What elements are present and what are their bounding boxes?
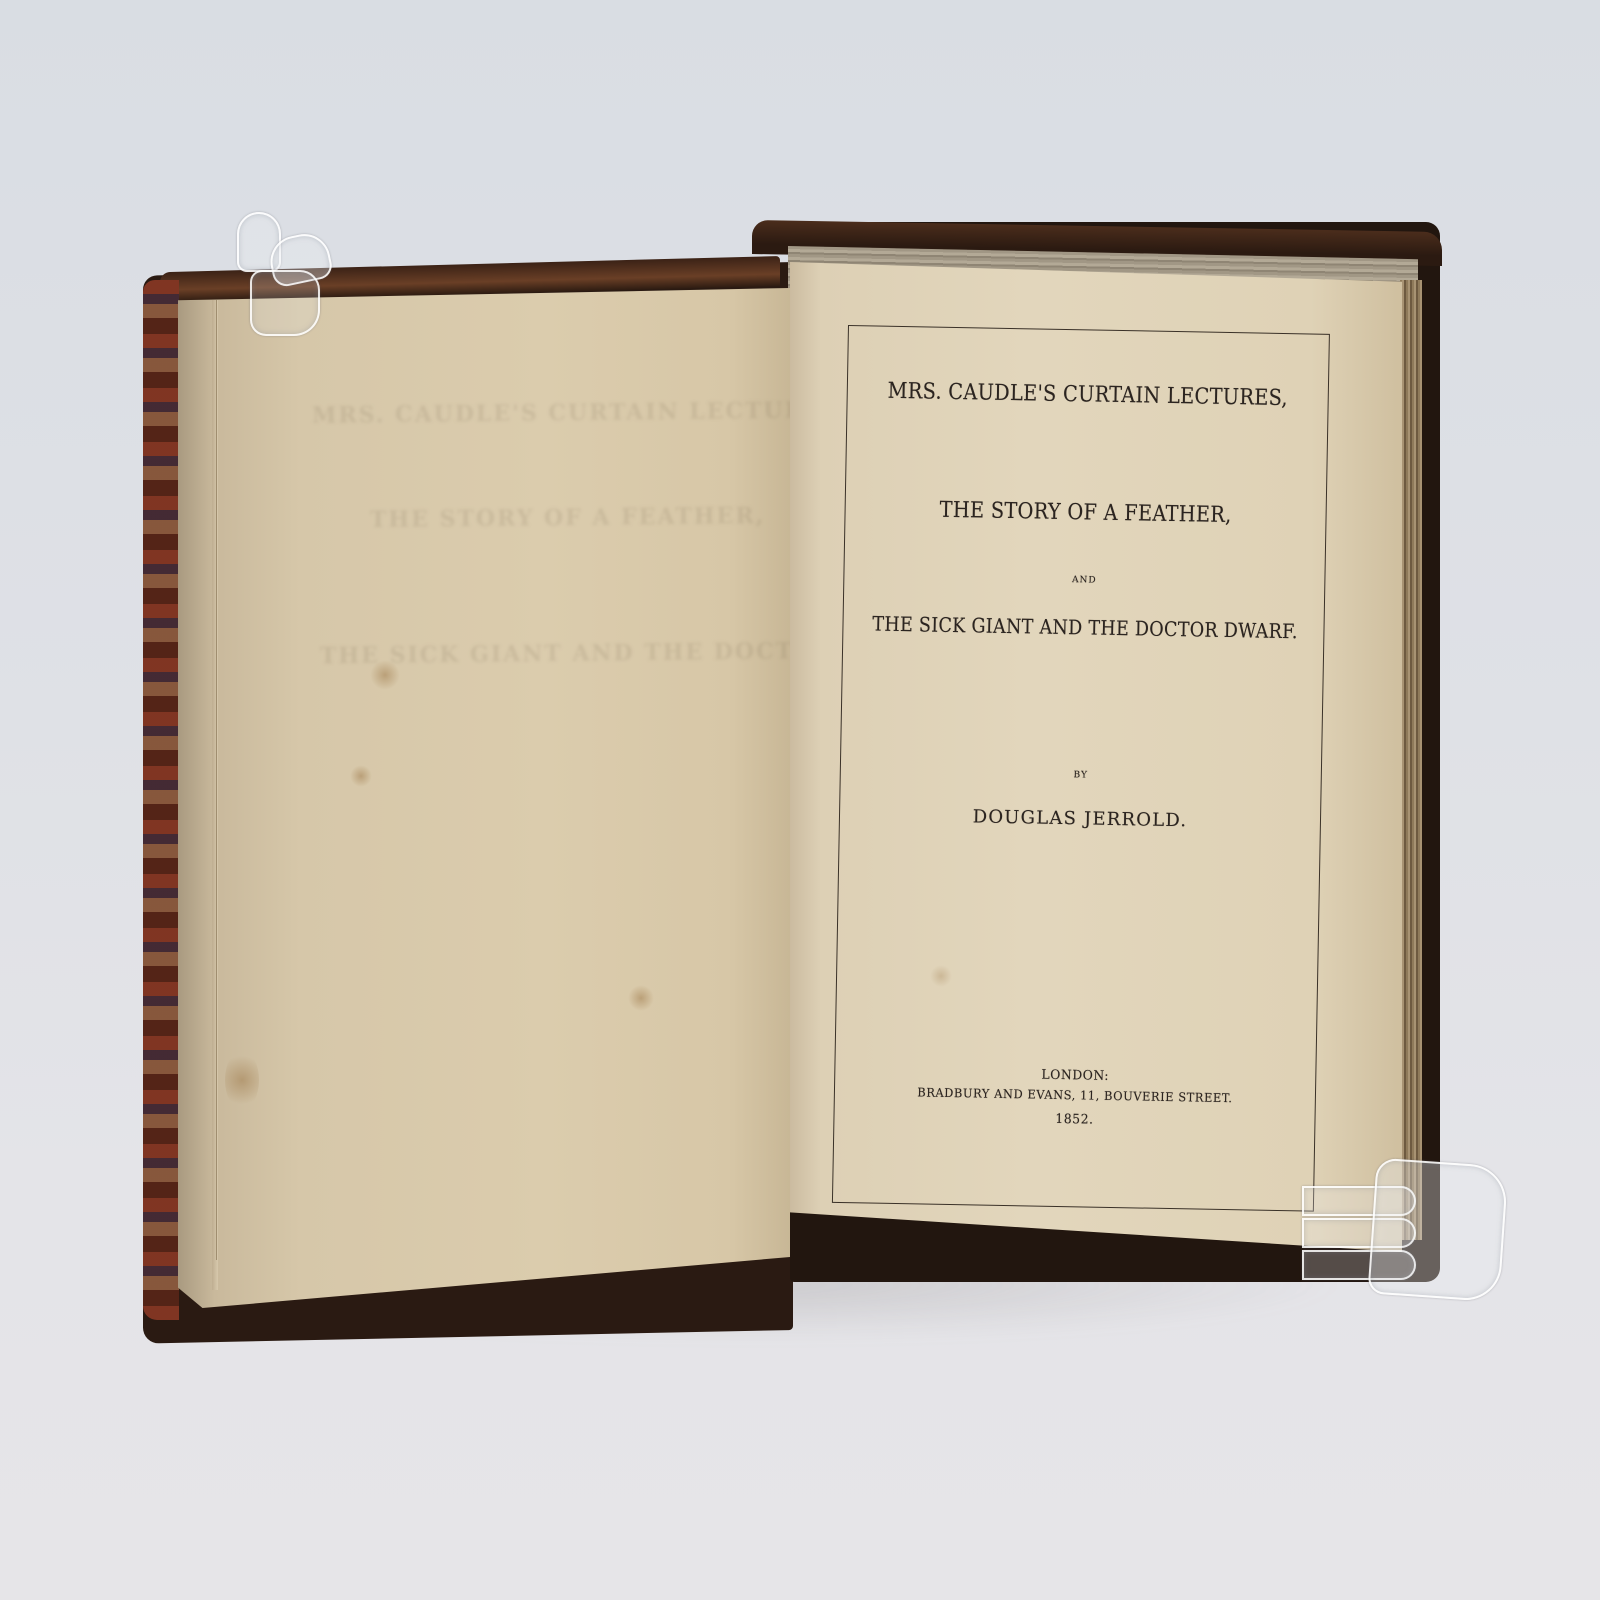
imprint-publisher: BRADBURY AND EVANS, 11, BOUVERIE STREET.: [847, 1084, 1303, 1106]
title-page-border: MRS. CAUDLE'S CURTAIN LECTURES, THE STOR…: [832, 325, 1330, 1212]
foxing-spot: [628, 985, 654, 1011]
clear-clip-top-icon: [250, 270, 320, 336]
foxing-spot: [350, 765, 372, 787]
left-page-flyleaf-edge: [212, 300, 218, 1290]
foxing-spot: [225, 1050, 259, 1110]
imprint-year: 1852.: [846, 1108, 1302, 1131]
author-name: DOUGLAS JERROLD.: [840, 804, 1320, 834]
marbled-board-edge: [143, 280, 179, 1320]
showthrough-text: THE STORY OF A FEATHER,: [370, 503, 766, 533]
title-line-3: THE SICK GIANT AND THE DOCTOR DWARF.: [872, 611, 1295, 643]
photo-scene: MRS. CAUDLE'S CURTAIN LECTURES, THE STOR…: [0, 0, 1600, 1600]
title-line-1: MRS. CAUDLE'S CURTAIN LECTURES,: [876, 379, 1299, 412]
foxing-spot: [370, 660, 400, 690]
text-block-fore-edge: [1400, 280, 1422, 1240]
title-conjunction: AND: [844, 571, 1324, 590]
by-line: BY: [841, 766, 1321, 785]
left-page-fold-line: [216, 300, 217, 1260]
clear-clip-bottom-icon: [1367, 1158, 1508, 1303]
left-page: [178, 288, 790, 1308]
imprint-city: LONDON:: [847, 1064, 1303, 1087]
title-line-2: THE STORY OF A FEATHER,: [874, 497, 1297, 530]
